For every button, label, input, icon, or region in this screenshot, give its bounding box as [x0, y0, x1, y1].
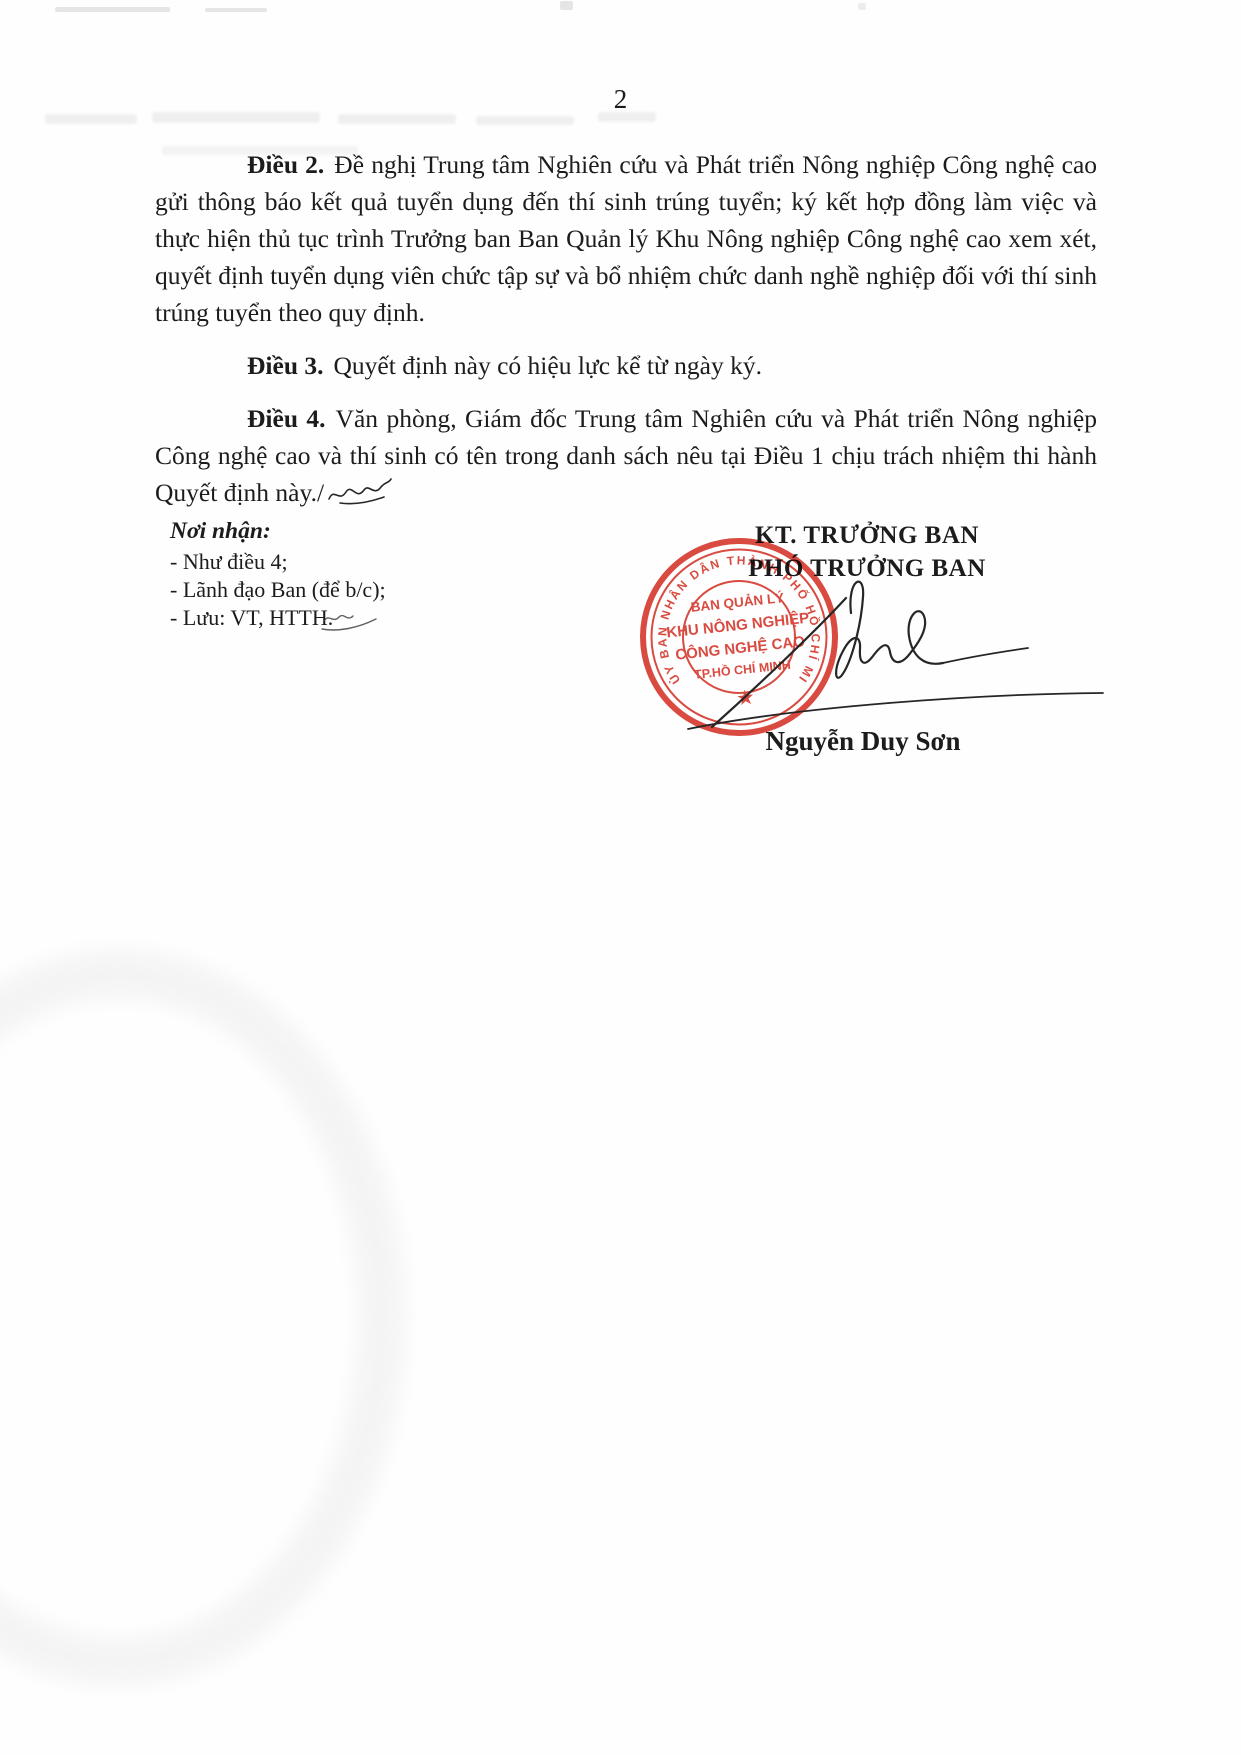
article-4-paragraph: Điều 4.Văn phòng, Giám đốc Trung tâm Ngh…	[155, 400, 1097, 511]
bleed-through-stamp-ghost	[0, 950, 406, 1686]
article-2-paragraph: Điều 2.Đề nghị Trung tâm Nghiên cứu và P…	[155, 146, 1097, 331]
document-body: Điều 2.Đề nghị Trung tâm Nghiên cứu và P…	[155, 146, 1097, 527]
recipient-item: - Lãnh đạo Ban (để b/c);	[170, 576, 386, 604]
recipients-title: Nơi nhận:	[170, 517, 386, 545]
signer-name: Nguyễn Duy Sơn	[633, 726, 1093, 757]
article-2-label: Điều 2.	[247, 150, 324, 179]
bleed-through-mark	[45, 114, 137, 124]
scan-smudge	[55, 7, 170, 12]
handwritten-mark-scribble	[318, 609, 380, 635]
article-3-text: Quyết định này có hiệu lực kể từ ngày ký…	[334, 351, 762, 380]
document-page: 2 Điều 2.Đề nghị Trung tâm Nghiên cứu và…	[0, 0, 1241, 1755]
bleed-through-mark	[476, 116, 574, 125]
handwritten-signature	[555, 535, 1115, 745]
scan-smudge	[560, 1, 573, 10]
scan-smudge	[205, 8, 267, 12]
recipient-item: - Như điều 4;	[170, 548, 386, 576]
recipients-block: Nơi nhận: - Như điều 4; - Lãnh đạo Ban (…	[170, 517, 386, 632]
article-3-paragraph: Điều 3.Quyết định này có hiệu lực kể từ …	[155, 347, 1097, 384]
handwritten-initials-scribble	[326, 477, 394, 507]
scan-smudge	[858, 3, 866, 10]
page-number: 2	[0, 84, 1241, 115]
article-4-label: Điều 4.	[247, 404, 326, 433]
article-3-label: Điều 3.	[247, 351, 324, 380]
bleed-through-mark	[338, 114, 456, 124]
